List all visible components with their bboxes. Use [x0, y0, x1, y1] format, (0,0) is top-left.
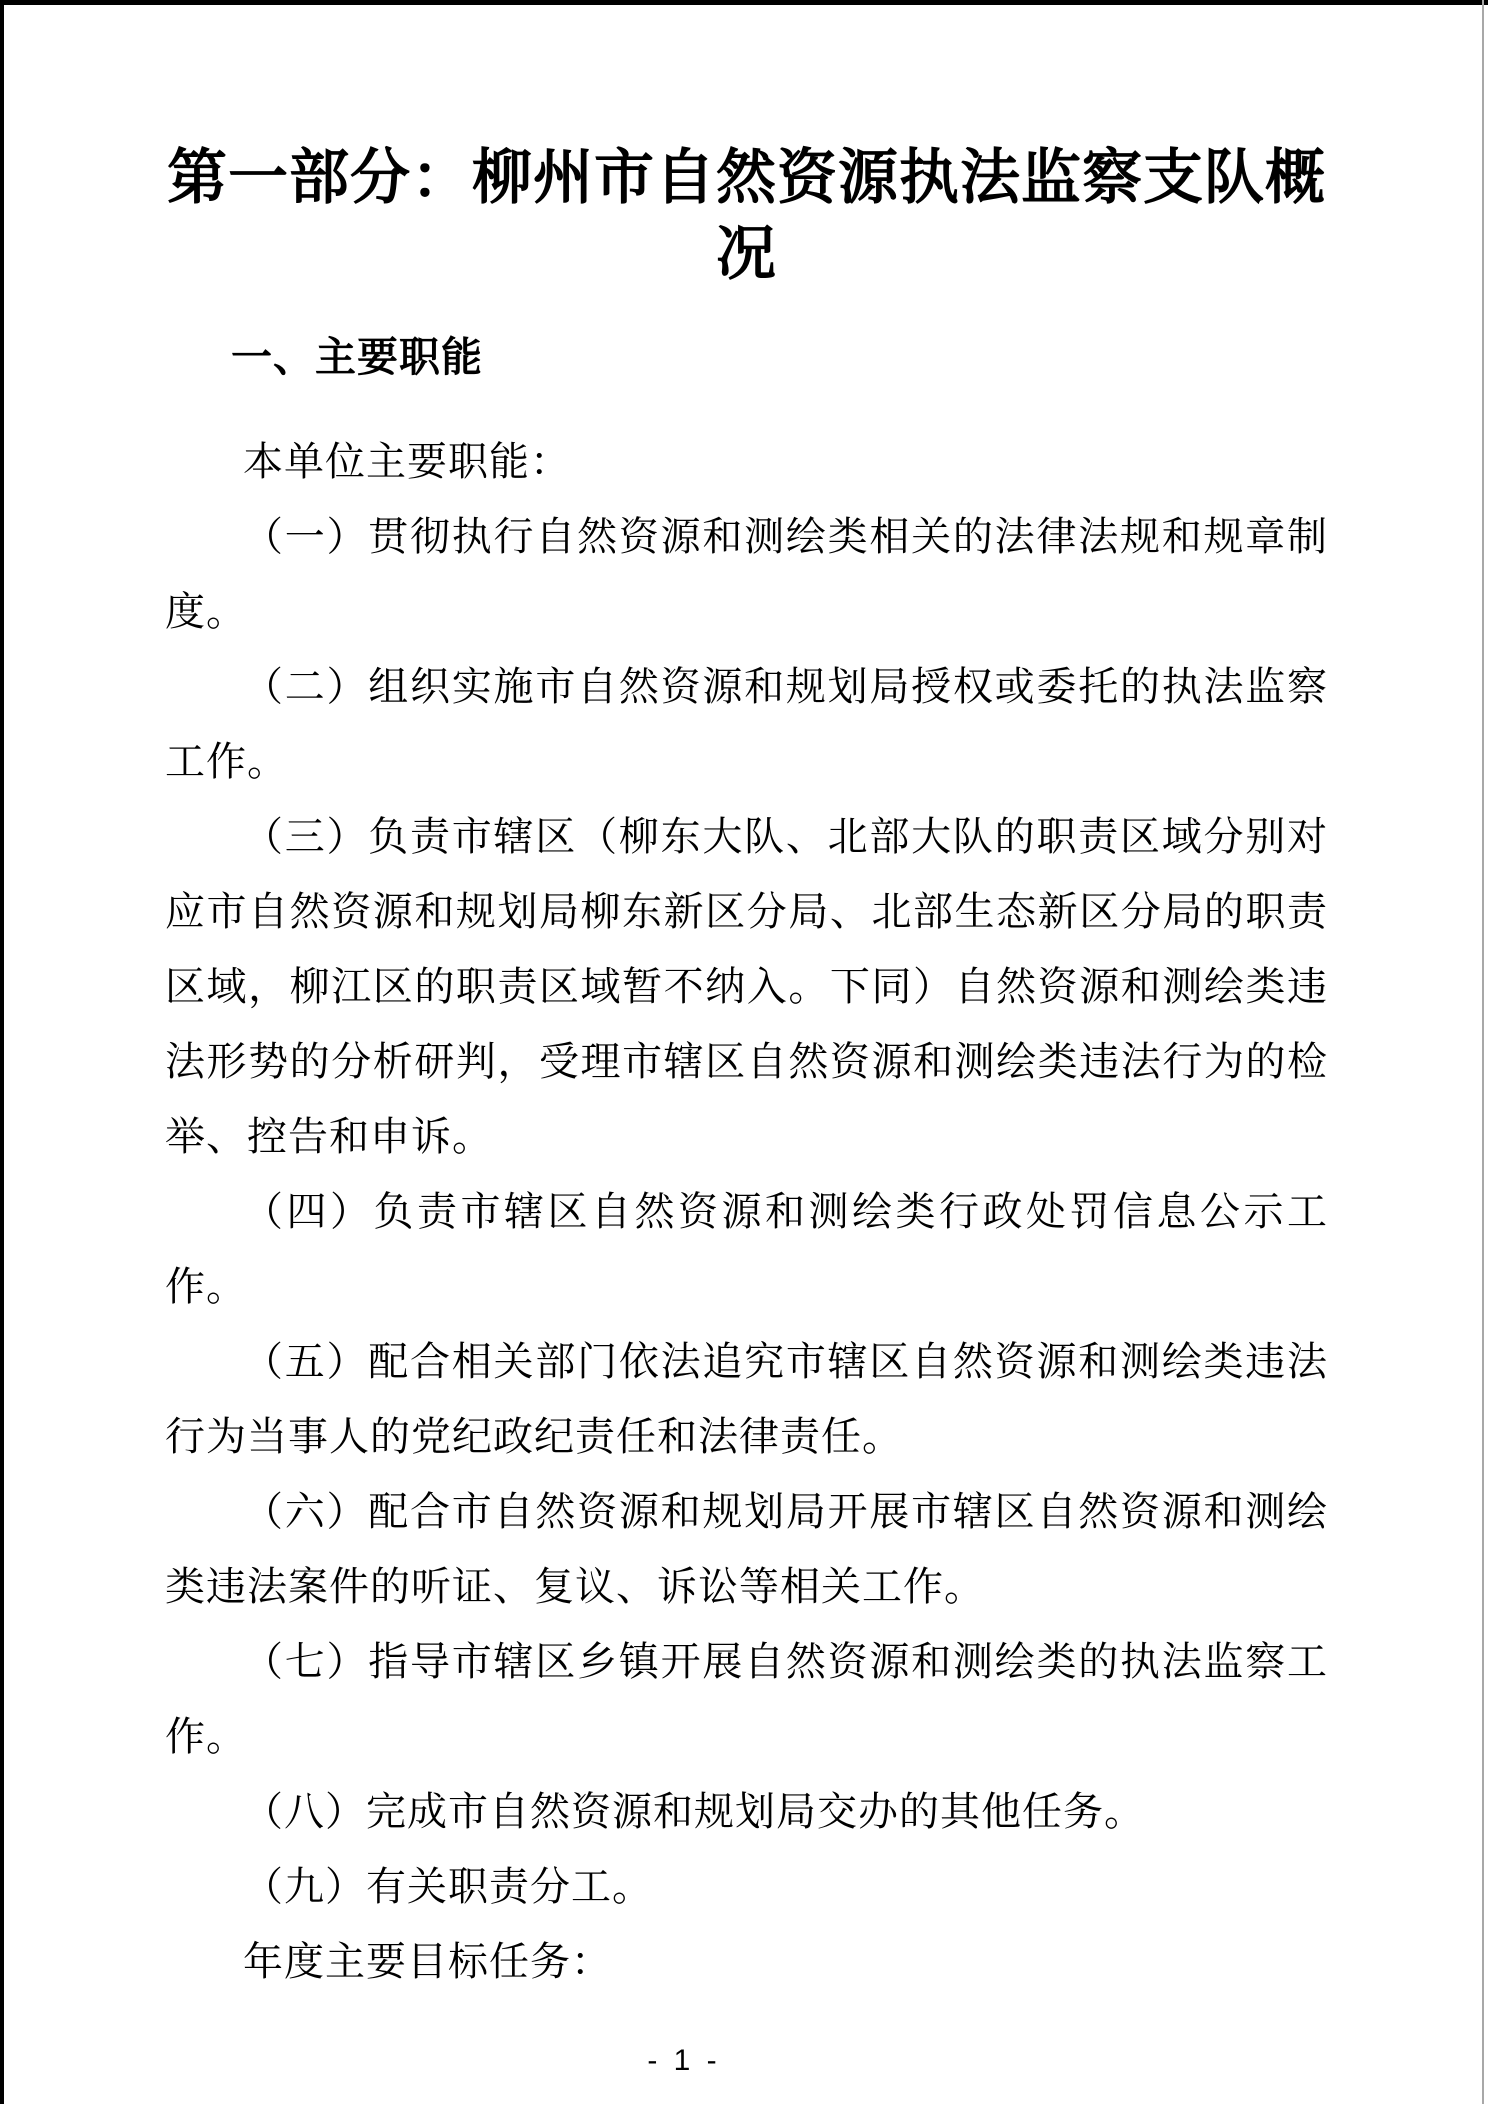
paragraph-line: （八）完成市自然资源和规划局交办的其他任务。: [165, 1775, 1328, 1850]
paragraph-line: 法形势的分析研判，受理市辖区自然资源和测绘类违法行为的检: [165, 1025, 1328, 1100]
paragraph-line: （六）配合市自然资源和规划局开展市辖区自然资源和测绘: [165, 1475, 1328, 1550]
paragraph: （八）完成市自然资源和规划局交办的其他任务。: [165, 1775, 1328, 1850]
paragraph-line: （九）有关职责分工。: [165, 1850, 1328, 1925]
document-body: 本单位主要职能：（一）贯彻执行自然资源和测绘类相关的法律法规和规章制度。（二）组…: [165, 425, 1328, 2000]
paragraph-line: 工作。: [165, 725, 1328, 800]
document-title-line: 第一部分：柳州市自然资源执法监察支队概: [165, 140, 1328, 216]
paragraph-line: 行为当事人的党纪政纪责任和法律责任。: [165, 1400, 1328, 1475]
paragraph: （四）负责市辖区自然资源和测绘类行政处罚信息公示工作。: [165, 1175, 1328, 1325]
paragraph: （二）组织实施市自然资源和规划局授权或委托的执法监察工作。: [165, 650, 1328, 800]
paragraph-line: （三）负责市辖区（柳东大队、北部大队的职责区域分别对: [165, 800, 1328, 875]
paragraph: （五）配合相关部门依法追究市辖区自然资源和测绘类违法行为当事人的党纪政纪责任和法…: [165, 1325, 1328, 1475]
document-title-line: 况: [165, 216, 1328, 292]
paragraph-line: 度。: [165, 575, 1328, 650]
paragraph-line: 年度主要目标任务：: [165, 1925, 1328, 2000]
paragraph: 本单位主要职能：: [165, 425, 1328, 500]
paragraph-line: 作。: [165, 1700, 1328, 1775]
paragraph: （七）指导市辖区乡镇开展自然资源和测绘类的执法监察工作。: [165, 1625, 1328, 1775]
paragraph-line: 作。: [165, 1250, 1328, 1325]
paragraph-line: 应市自然资源和规划局柳东新区分局、北部生态新区分局的职责: [165, 875, 1328, 950]
paragraph: 年度主要目标任务：: [165, 1925, 1328, 2000]
document-content: 第一部分：柳州市自然资源执法监察支队概况 一、主要职能 本单位主要职能：（一）贯…: [0, 0, 1488, 2104]
paragraph-line: （一）贯彻执行自然资源和测绘类相关的法律法规和规章制: [165, 500, 1328, 575]
paragraph-line: 本单位主要职能：: [165, 425, 1328, 500]
paragraph: （六）配合市自然资源和规划局开展市辖区自然资源和测绘类违法案件的听证、复议、诉讼…: [165, 1475, 1328, 1625]
paragraph-line: （四）负责市辖区自然资源和测绘类行政处罚信息公示工: [165, 1175, 1328, 1250]
paragraph: （九）有关职责分工。: [165, 1850, 1328, 1925]
paragraph-line: 举、控告和申诉。: [165, 1100, 1328, 1175]
page-number: - 1 -: [0, 2044, 1428, 2078]
paragraph-line: 类违法案件的听证、复议、诉讼等相关工作。: [165, 1550, 1328, 1625]
paragraph-line: （五）配合相关部门依法追究市辖区自然资源和测绘类违法: [165, 1325, 1328, 1400]
document-page: 第一部分：柳州市自然资源执法监察支队概况 一、主要职能 本单位主要职能：（一）贯…: [0, 0, 1488, 2104]
section-heading: 一、主要职能: [165, 334, 1328, 380]
paragraph: （一）贯彻执行自然资源和测绘类相关的法律法规和规章制度。: [165, 500, 1328, 650]
paragraph-line: （二）组织实施市自然资源和规划局授权或委托的执法监察: [165, 650, 1328, 725]
paragraph-line: （七）指导市辖区乡镇开展自然资源和测绘类的执法监察工: [165, 1625, 1328, 1700]
paragraph: （三）负责市辖区（柳东大队、北部大队的职责区域分别对应市自然资源和规划局柳东新区…: [165, 800, 1328, 1175]
paragraph-line: 区域，柳江区的职责区域暂不纳入。下同）自然资源和测绘类违: [165, 950, 1328, 1025]
document-title: 第一部分：柳州市自然资源执法监察支队概况: [165, 140, 1328, 292]
